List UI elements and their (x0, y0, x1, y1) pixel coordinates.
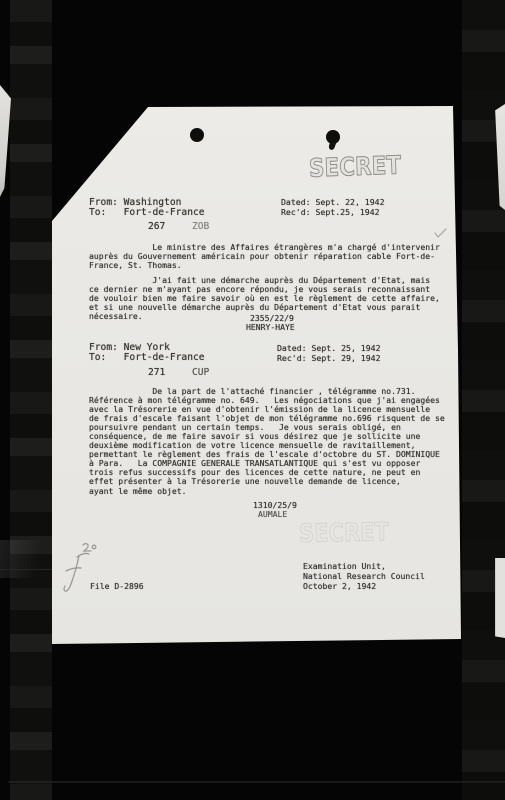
secret-stamp-faint-text: SECRET (299, 517, 389, 548)
punch-hole-left (190, 128, 204, 142)
film-frame-line-bottom (8, 781, 505, 783)
pencil-note-icon (57, 540, 99, 595)
telegram1-paragraph1: Le ministre des Affaires étrangères m'a … (89, 243, 440, 270)
adjacent-page-sliver-right-bottom (494, 558, 505, 638)
telegram2-dates: Dated: Sept. 25, 1942 Rec'd: Sept. 29, 1… (277, 343, 381, 364)
telegram1-from-to: From: Washington To: Fort-de-France (89, 198, 205, 219)
film-strip-left (10, 0, 52, 800)
telegram1-serial: 267 (148, 222, 165, 232)
telegram1-dates: Dated: Sept. 22, 1942 Rec'd: Sept.25, 19… (281, 197, 385, 218)
secret-stamp-text: SECRET (309, 151, 402, 183)
telegram2-code: CUP (192, 368, 209, 378)
film-frame-line (0, 569, 54, 570)
secret-stamp-icon: SECRET (302, 145, 413, 189)
telegram1-code: ZOB (192, 222, 209, 232)
film-glare (0, 540, 55, 578)
telegram2-serial: 271 (148, 368, 165, 378)
examination-unit-block: Examination Unit, National Research Coun… (303, 561, 425, 592)
telegram2-body: De la part de l'attaché financier , télé… (89, 387, 445, 496)
pencil-checkmark-icon (433, 226, 449, 240)
telegram2-signature: AUMALE (258, 510, 287, 519)
microfilm-scan: SECRET SECRET From: Washington To: Fort-… (0, 0, 505, 800)
secret-stamp-faint-icon: SECRET (293, 512, 404, 554)
paper: SECRET SECRET From: Washington To: Fort-… (0, 0, 505, 800)
telegram1-signature: HENRY-HAYE (246, 323, 295, 332)
telegram2-from-to: From: New York To: Fort-de-France (89, 343, 205, 364)
